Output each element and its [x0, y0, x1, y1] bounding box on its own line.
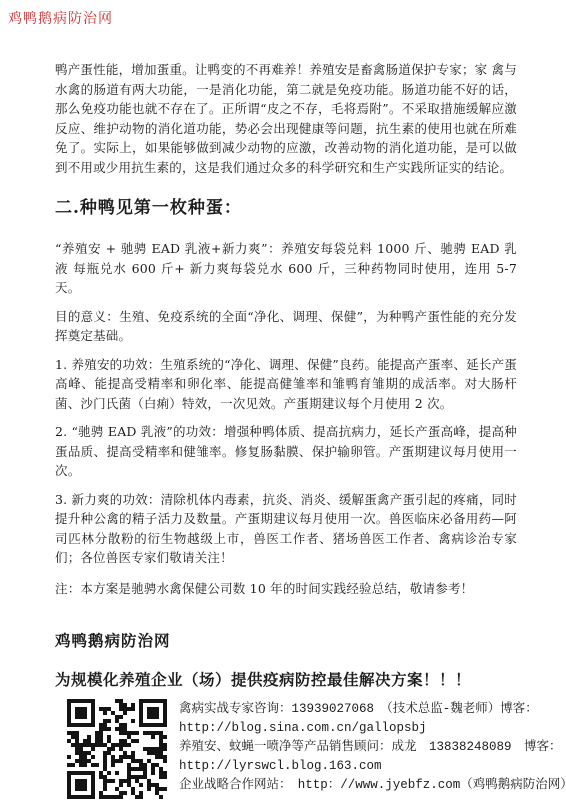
effect-2-paragraph: 2. “驰骋 EAD 乳液”的功效：增强种鸭体质、提高抗病力，延长产蛋高峰，提高…: [55, 422, 517, 481]
dosage-paragraph: “养殖安 + 驰骋 EAD 乳液+新力爽”：养殖安每袋兑料 1000 斤、驰骋 …: [55, 239, 517, 298]
site-name-link[interactable]: 鸡鸭鹅病防治网: [8, 8, 113, 28]
contact-blog-url-1: http://blog.sina.com.cn/gallopsbj: [179, 719, 566, 738]
qr-code: [67, 699, 167, 799]
note-paragraph: 注：本方案是驰骋水禽保健公司数 10 年的时间实践经验总结，敬请参考！: [55, 579, 517, 599]
effect-3-paragraph: 3. 新力爽的功效：清除机体内毒素，抗炎、消炎、缓解蛋禽产蛋引起的疼痛，同时提升…: [55, 490, 517, 568]
contact-site-url-line: 企业战略合作网站： http：//www.jyebfz.com（鸡鸭鹅病防治网）: [179, 776, 566, 795]
document-body: 鸭产蛋性能，增加蛋重。让鸭变的不再难养！养殖安是畜禽肠道保护专家；家 禽与水禽的…: [55, 60, 517, 799]
effect-1-paragraph: 1. 养殖安的功效：生殖系统的“净化、调理、保健”良药。能提高产蛋率、延长产蛋高…: [55, 355, 517, 414]
intro-paragraph: 鸭产蛋性能，增加蛋重。让鸭变的不再难养！养殖安是畜禽肠道保护专家；家 禽与水禽的…: [55, 60, 517, 177]
footer-brand-title: 鸡鸭鹅病防治网: [55, 629, 517, 651]
section-heading: 二.种鸭见第一枚种蛋：: [55, 193, 517, 218]
contact-consult-line: 禽病实战专家咨询：13939027068 （技术总监-魏老师）博客：: [179, 700, 566, 719]
purpose-paragraph: 目的意义：生殖、免疫系统的全面“净化、调理、保健”，为种鸭产蛋性能的充分发挥奠定…: [55, 307, 517, 346]
contact-lines: 禽病实战专家咨询：13939027068 （技术总监-魏老师）博客： http:…: [179, 699, 566, 795]
contact-sales-line: 养殖安、蚊蝇一喷净等产品销售顾问：成龙 13838248089 博客：: [179, 738, 566, 757]
contact-blog-url-2: http://lyrswcl.blog.163.com: [179, 757, 566, 776]
footer-contact-block: 禽病实战专家咨询：13939027068 （技术总监-魏老师）博客： http:…: [55, 699, 517, 799]
footer-slogan: 为规模化养殖企业（场）提供疫病防控最佳解决方案！！！: [55, 668, 517, 690]
